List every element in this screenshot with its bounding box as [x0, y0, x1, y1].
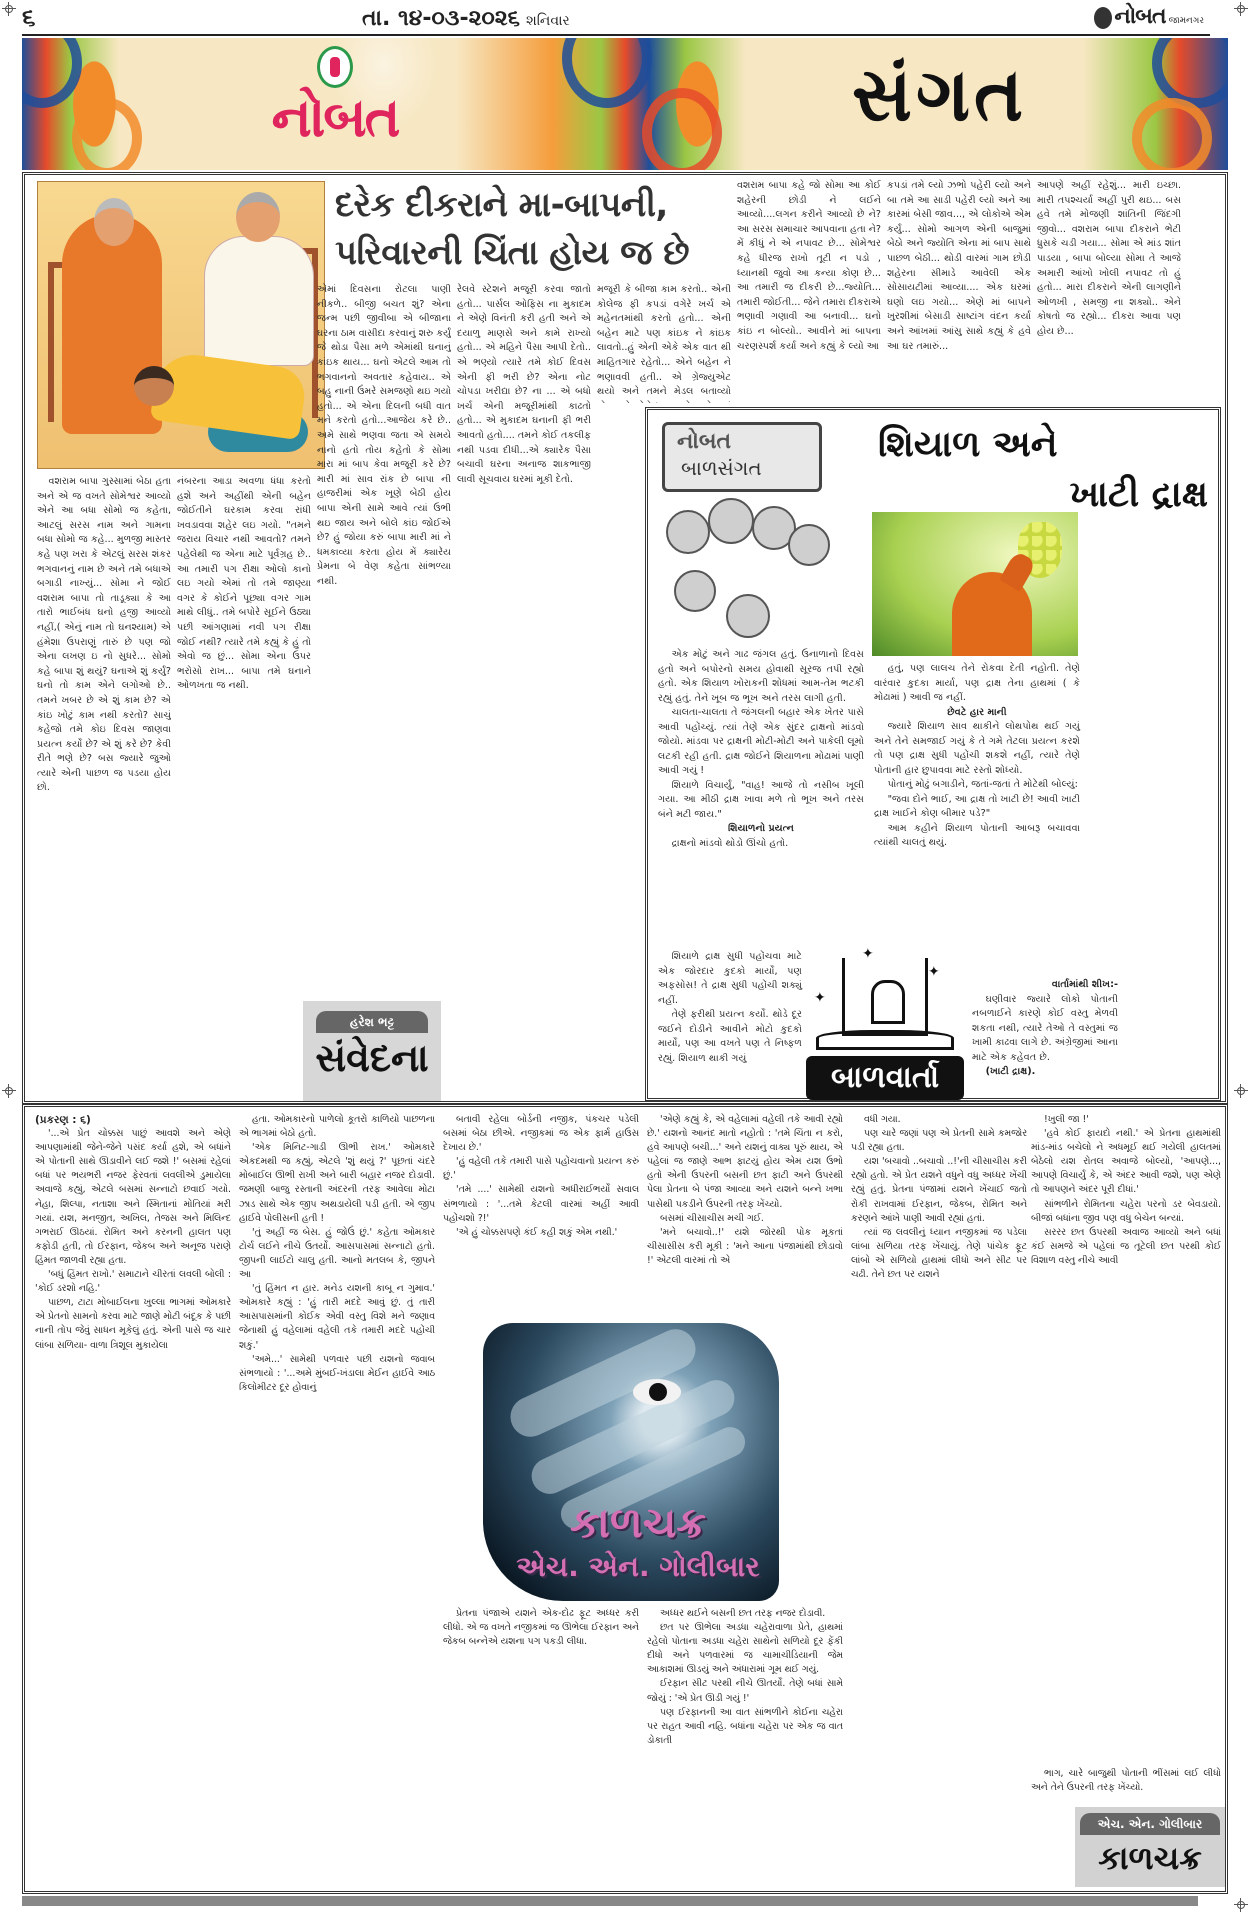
signboard: નોબત બાળસંગત	[662, 422, 822, 492]
article-column: આપણે અહીં રહેશું... મારી ઇચ્છા. મારી તપશ…	[1037, 179, 1181, 405]
subheading: શિયાળનો પ્રયત્ન	[658, 822, 864, 837]
dancer-logo-icon	[1094, 7, 1112, 29]
lesson-heading: વાર્તામાંથી શીખ:-	[972, 978, 1118, 993]
story-column: શિયાળે દ્રાક્ષ સુધી પહોંચવા માટે એક જોરદ…	[658, 950, 802, 1098]
section-banner: નોબત સંગત	[22, 38, 1228, 170]
masthead-small: નોબત જામનગર	[1094, 4, 1204, 29]
bottom-rule	[22, 1896, 1198, 1906]
serial-byline: એચ. એન. ગોલીબાર કાળચક્ર	[1075, 1807, 1225, 1887]
chapter-label: (પ્રકરણ : ૬)	[35, 1113, 231, 1127]
article-column: એમાં દિવસના રોટલા પાણી નીકળે.. બીજી બચત …	[317, 283, 451, 995]
columnist-byline: હરેશ ભટ્ટ સંવેદના	[303, 1001, 441, 1101]
subheading: છેવટે હાર માની	[874, 706, 1080, 721]
byline-author: હરેશ ભટ્ટ	[316, 1011, 428, 1033]
article-column: રેલવે સ્ટેશને મજૂરી કરવા જાતો હતો... પાર…	[457, 283, 591, 1101]
byline-series: સંવેદના	[303, 1033, 441, 1083]
registration-mark	[1234, 1084, 1248, 1098]
weekday: શનિવાર	[526, 13, 570, 29]
image-title: કાળચક્ર	[513, 1499, 763, 1547]
registration-mark	[1234, 2, 1248, 16]
page-header: ૬ તા. ૧૪-૦૩-૨૦૨૬શનિવાર નોબત જામનગર	[22, 0, 1210, 36]
article-column: કપડાં તમે લ્યો ઝભો પહેરી લ્યો અને બા તમે…	[887, 179, 1031, 405]
nobat-logo: નોબત	[270, 46, 400, 148]
story-column: !ખુલી જા !' 'હવે કોઈ ફાયદો નથી.' એ પ્રેત…	[1031, 1113, 1221, 1803]
edition-city: જામનગર	[1169, 16, 1204, 26]
story-column: ભાગ, ચારે બાજુથી પોતાની ભીંસમાં લઈ લીધો …	[1031, 1767, 1221, 1807]
page-number: ૬	[22, 3, 82, 31]
story-column: હતા. ઓમકારનો પાળેલો કૂતરો કાળિયો પાછળના …	[239, 1113, 435, 1891]
story-column: પ્રેતના પંજાએ યશને એક-દોઢ ફૂટ અધ્ધર કરી …	[443, 1607, 639, 1891]
balsangat-logo: નોબત બાળસંગત	[656, 414, 836, 644]
balvarta-logo: ✦ ✦ ✦ બાળવાર્તા	[806, 950, 964, 1100]
story-column: (પ્રકરણ : ૬) '...એ પ્રેત ચોક્કસ પાછું આવ…	[35, 1113, 231, 1891]
sign-line-1: નોબત	[677, 429, 819, 455]
article-column: વશરામ બાપા ગુસ્સામાં બેઠા હતા અને એ જ વખ…	[37, 475, 171, 1101]
sign-line-2: બાળસંગત	[681, 455, 819, 481]
section-title: સંગત	[852, 52, 1027, 139]
serial-story: (પ્રકરણ : ૬) '...એ પ્રેત ચોક્કસ પાછું આવ…	[22, 1104, 1228, 1894]
lesson-column: વાર્તામાંથી શીખ:- ઘણીવાર જ્યારે લોકો પોત…	[972, 978, 1118, 1098]
brand-name: નોબત	[1114, 4, 1165, 29]
dancer-emblem-icon	[317, 46, 353, 88]
image-author: એચ. એન. ગોલીબાર	[503, 1547, 773, 1587]
story-column: હતું, પણ લાલચ તેને રોકવા દેતી નહોતી. તેણ…	[874, 662, 1080, 950]
story-column: અધ્ધર થઈને બસની છત તરફ નજર દોડાવી. છત પર…	[647, 1607, 843, 1891]
byline-series: કાળચક્ર	[1075, 1835, 1225, 1881]
eye	[633, 1379, 681, 1405]
article-headline: દરેક દીકરાને મા-બાપની, પરિવારની ચિંતા હો…	[335, 181, 735, 277]
registration-mark	[2, 1084, 16, 1098]
fox-grapes-illustration	[872, 512, 1078, 656]
feature-article: દરેક દીકરાને મા-બાપની, પરિવારની ચિંતા હો…	[22, 172, 1228, 1104]
kaalchakra-illustration: કાળચક્ર એચ. એન. ગોલીબાર	[483, 1323, 779, 1601]
castle-icon	[842, 958, 928, 1036]
article-column: વશરામ બાપા કહે જો સોમા આ કોઈ શહેરની છોડી…	[737, 179, 881, 405]
registration-mark	[2, 2, 16, 16]
registration-mark	[1234, 1898, 1248, 1912]
feature-illustration	[37, 181, 325, 469]
story-column: એક મોટું અને ગાઢ જંગલ હતું. ઉનાળાનો દિવસ…	[658, 648, 864, 878]
headline-line-2: પરિવારની ચિંતા હોય જ છે	[335, 233, 689, 273]
article-column: નંબરના આડા અવળા ધંધા કરતો હશે અને અહીંથી…	[177, 475, 311, 1101]
headline-line-1: દરેક દીકરાને મા-બાપની,	[335, 185, 668, 225]
balvarta-label: બાળવાર્તા	[806, 1056, 964, 1100]
logo-text: નોબત	[270, 88, 400, 148]
book-icon	[816, 1030, 954, 1050]
dateline: તા. ૧૪-૦૩-૨૦૨૬શનિવાર	[362, 6, 570, 31]
story-column: બતાવી રહેલા બોર્ડની નજીક, પંકચર પડેલી બસ…	[443, 1113, 639, 1319]
article-column: મજૂરી કે બીજા કામ કરતો.. એની કોલેજ ફી કપ…	[597, 283, 731, 403]
byline-author: એચ. એન. ગોલીબાર	[1080, 1813, 1220, 1835]
date: તા. ૧૪-૦૩-૨૦૨૬	[362, 6, 520, 31]
story-title: શિયાળ અને ખાટી દ્રાક્ષ	[878, 420, 1208, 520]
balsangat-inset: નોબત બાળસંગત શિયાળ અને ખાટી દ્રાક્ષ એક મ…	[645, 407, 1221, 1101]
story-column: 'એણે કહ્યું કે, એ વહેલામાં વહેલી તકે આવી…	[647, 1113, 843, 1319]
story-column: વધી ગયા. પણ ચારે જણાં પણ એ પ્રેતની સામે …	[851, 1113, 1027, 1891]
title-line-1: શિયાળ અને	[878, 424, 1058, 465]
